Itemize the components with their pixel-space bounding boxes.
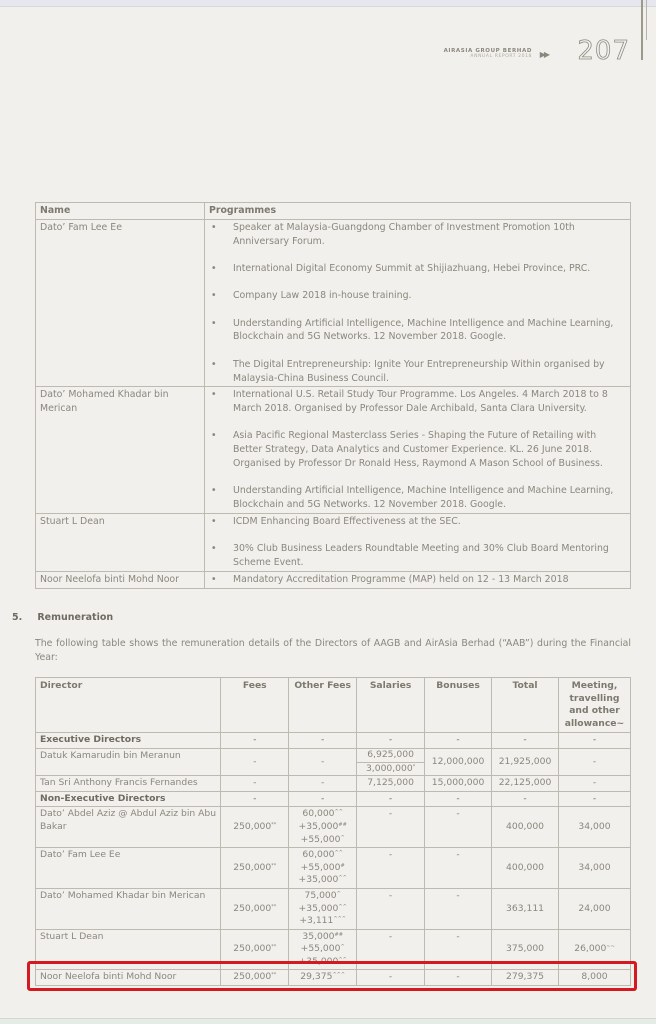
cell-programmes: •Speaker at Malaysia-Guangdong Chamber o… [205, 220, 631, 387]
other-fee-line: 75,000^ [293, 890, 352, 903]
cell-total: 400,000 [492, 848, 559, 889]
cell-allowance: - [559, 791, 631, 807]
viewer-top-bar [0, 0, 656, 7]
other-fee-line: +35,000^^ [293, 903, 352, 916]
group-row-executive: Executive Directors - - - - - - [36, 733, 631, 749]
bullet-icon: • [211, 388, 217, 402]
cell-total: 22,125,000 [492, 776, 559, 792]
programmes-table-body: Dato’ Fam Lee Ee•Speaker at Malaysia-Gua… [36, 220, 631, 589]
column-header-other-fees: Other Fees [289, 678, 357, 733]
list-item: •Mandatory Accreditation Programme (MAP)… [209, 573, 626, 587]
cell-allowance: 24,000 [559, 888, 631, 929]
list-item: •International Digital Economy Summit at… [209, 262, 626, 276]
cell-other-fees: 60,000^^+35,000##+55,000^ [289, 807, 357, 848]
other-fee-line: +55,000^ [293, 834, 352, 847]
table-row: Noor Neelofa binti Mohd Noor•Mandatory A… [36, 571, 631, 588]
list-item: •Asia Pacific Regional Masterclass Serie… [209, 429, 626, 470]
salary-value-secondary: 3,000,000* [357, 763, 424, 776]
cell-bonuses: - [425, 733, 492, 749]
cell-allowance: 34,000 [559, 807, 631, 848]
group-label: Non-Executive Directors [36, 791, 221, 807]
cell-salaries: - [357, 807, 425, 848]
cell-name: Dato’ Mohamed Khadar bin Merican [36, 387, 205, 514]
section-title: Remuneration [37, 612, 113, 623]
list-item: •ICDM Enhancing Board Effectiveness at t… [209, 515, 626, 529]
cell-bonuses: - [425, 888, 492, 929]
cell-total: 363,111 [492, 888, 559, 929]
cell-bonuses: - [425, 807, 492, 848]
cell-fees: - [221, 791, 289, 807]
cell-fees: - [221, 776, 289, 792]
cell-salaries: 6,925,000 3,000,000* [357, 748, 425, 775]
cell-director: Tan Sri Anthony Francis Fernandes [36, 776, 221, 792]
programme-text: Mandatory Accreditation Programme (MAP) … [233, 574, 569, 585]
cell-salaries: - [357, 888, 425, 929]
table-row-khadar: Dato’ Mohamed Khadar bin Merican250,000*… [36, 888, 631, 929]
cell-other-fees: 75,000^+35,000^^+3,111^^^ [289, 888, 357, 929]
list-item: •Company Law 2018 in-house training. [209, 289, 626, 303]
other-fee-line: +35,000## [293, 821, 352, 834]
list-item: •Speaker at Malaysia-Guangdong Chamber o… [209, 221, 626, 249]
cell-other-fees: 60,000^^+55,000#+35,000^^ [289, 848, 357, 889]
cell-allowance: - [559, 748, 631, 775]
cell-fees: 250,000** [221, 848, 289, 889]
cell-director: Dato’ Mohamed Khadar bin Merican [36, 888, 221, 929]
cell-total: 21,925,000 [492, 748, 559, 775]
other-fee-line: 60,000^^ [293, 808, 352, 821]
cell-programmes: •International U.S. Retail Study Tour Pr… [205, 387, 631, 514]
bullet-icon: • [211, 429, 217, 443]
programme-text: Understanding Artificial Intelligence, M… [233, 318, 613, 343]
section-intro: The following table shows the remunerati… [35, 637, 631, 664]
bullet-icon: • [211, 573, 217, 587]
programme-text: International Digital Economy Summit at … [233, 263, 590, 274]
bullet-icon: • [211, 484, 217, 498]
other-fee-line: +55,000# [293, 862, 352, 875]
section-heading: 5. Remuneration [12, 612, 113, 623]
list-item: •Understanding Artificial Intelligence, … [209, 317, 626, 345]
highlight-annotation-box [27, 961, 637, 991]
bullet-icon: • [211, 358, 217, 372]
remuneration-table: Director Fees Other Fees Salaries Bonuse… [35, 677, 631, 986]
group-row-non-executive: Non-Executive Directors - - - - - - [36, 791, 631, 807]
other-fee-line: +55,000^ [293, 943, 352, 956]
bullet-icon: • [211, 262, 217, 276]
table-row-abdel-aziz: Dato’ Abdel Aziz @ Abdul Aziz bin Abu Ba… [36, 807, 631, 848]
report-name: ANNUAL REPORT 2018 [444, 54, 532, 59]
table-row-kamarudin: Datuk Kamarudin bin Meranun - - 6,925,00… [36, 748, 631, 775]
page-header: AIRASIA GROUP BERHAD ANNUAL REPORT 2018 … [0, 34, 656, 74]
list-item: •30% Club Business Leaders Roundtable Me… [209, 542, 626, 570]
cell-salaries: - [357, 733, 425, 749]
cell-salaries: - [357, 848, 425, 889]
table-row: Stuart L Dean•ICDM Enhancing Board Effec… [36, 513, 631, 571]
salary-value: 6,925,000 [357, 749, 424, 763]
programme-list: •Mandatory Accreditation Programme (MAP)… [209, 573, 626, 587]
other-fee-line: 35,000## [293, 931, 352, 944]
page-edge-marker [646, 0, 647, 40]
column-header-allowance: Meeting, travelling and other allowance~ [559, 678, 631, 733]
other-fee-line: 60,000^^ [293, 849, 352, 862]
table-row: Dato’ Fam Lee Ee•Speaker at Malaysia-Gua… [36, 220, 631, 387]
cell-fees: - [221, 748, 289, 775]
double-chevron-right-icon: ▶▶ [540, 50, 548, 59]
viewer-bottom-bar [0, 1018, 656, 1024]
programme-text: Speaker at Malaysia-Guangdong Chamber of… [233, 222, 575, 247]
bullet-icon: • [211, 515, 217, 529]
table-row-fernandes: Tan Sri Anthony Francis Fernandes - - 7,… [36, 776, 631, 792]
section-number: 5. [12, 612, 34, 623]
cell-allowance: - [559, 733, 631, 749]
cell-salaries: - [357, 791, 425, 807]
cell-total: - [492, 791, 559, 807]
page-edge-marker [641, 0, 643, 60]
table-row-fam-lee-ee: Dato’ Fam Lee Ee250,000**60,000^^+55,000… [36, 848, 631, 889]
cell-programmes: •ICDM Enhancing Board Effectiveness at t… [205, 513, 631, 571]
programmes-table: Name Programmes Dato’ Fam Lee Ee•Speaker… [35, 202, 631, 589]
cell-name: Dato’ Fam Lee Ee [36, 220, 205, 387]
column-header-director: Director [36, 678, 221, 733]
page-number: 207 [577, 36, 630, 66]
cell-name: Noor Neelofa binti Mohd Noor [36, 571, 205, 588]
other-fee-line: +3,111^^^ [293, 915, 352, 928]
cell-bonuses: 12,000,000 [425, 748, 492, 775]
group-label: Executive Directors [36, 733, 221, 749]
table-row: Dato’ Mohamed Khadar bin Merican•Interna… [36, 387, 631, 514]
cell-salaries: 7,125,000 [357, 776, 425, 792]
list-item: •International U.S. Retail Study Tour Pr… [209, 388, 626, 416]
column-header-fees: Fees [221, 678, 289, 733]
bullet-icon: • [211, 317, 217, 331]
list-item: •The Digital Entrepreneurship: Ignite Yo… [209, 358, 626, 386]
programme-list: •ICDM Enhancing Board Effectiveness at t… [209, 515, 626, 570]
list-item: •Understanding Artificial Intelligence, … [209, 484, 626, 512]
cell-bonuses: - [425, 791, 492, 807]
column-header-name: Name [36, 203, 205, 220]
cell-bonuses: - [425, 848, 492, 889]
programme-list: •International U.S. Retail Study Tour Pr… [209, 388, 626, 512]
cell-other-fees: - [289, 791, 357, 807]
cell-fees: 250,000** [221, 888, 289, 929]
brand-block: AIRASIA GROUP BERHAD ANNUAL REPORT 2018 [444, 48, 532, 59]
column-header-bonuses: Bonuses [425, 678, 492, 733]
programme-text: Asia Pacific Regional Masterclass Series… [233, 430, 603, 469]
cell-director: Dato’ Fam Lee Ee [36, 848, 221, 889]
bullet-icon: • [211, 542, 217, 556]
cell-other-fees: - [289, 776, 357, 792]
cell-programmes: •Mandatory Accreditation Programme (MAP)… [205, 571, 631, 588]
cell-allowance: - [559, 776, 631, 792]
programme-text: The Digital Entrepreneurship: Ignite You… [233, 359, 605, 384]
cell-total: 400,000 [492, 807, 559, 848]
cell-fees: 250,000** [221, 807, 289, 848]
cell-director: Dato’ Abdel Aziz @ Abdul Aziz bin Abu Ba… [36, 807, 221, 848]
column-header-salaries: Salaries [357, 678, 425, 733]
cell-other-fees: - [289, 748, 357, 775]
cell-total: - [492, 733, 559, 749]
programme-text: 30% Club Business Leaders Roundtable Mee… [233, 543, 609, 568]
bullet-icon: • [211, 221, 217, 235]
cell-bonuses: 15,000,000 [425, 776, 492, 792]
non-executive-rows: Dato’ Abdel Aziz @ Abdul Aziz bin Abu Ba… [36, 807, 631, 986]
programme-text: International U.S. Retail Study Tour Pro… [233, 389, 608, 414]
programme-text: Understanding Artificial Intelligence, M… [233, 485, 613, 510]
cell-other-fees: - [289, 733, 357, 749]
programme-text: ICDM Enhancing Board Effectiveness at th… [233, 516, 461, 527]
programme-list: •Speaker at Malaysia-Guangdong Chamber o… [209, 221, 626, 385]
column-header-programmes: Programmes [205, 203, 631, 220]
cell-name: Stuart L Dean [36, 513, 205, 571]
cell-allowance: 34,000 [559, 848, 631, 889]
column-header-total: Total [492, 678, 559, 733]
other-fee-line: +35,000^^ [293, 874, 352, 887]
bullet-icon: • [211, 289, 217, 303]
cell-fees: - [221, 733, 289, 749]
cell-director: Datuk Kamarudin bin Meranun [36, 748, 221, 775]
programme-text: Company Law 2018 in-house training. [233, 290, 412, 301]
